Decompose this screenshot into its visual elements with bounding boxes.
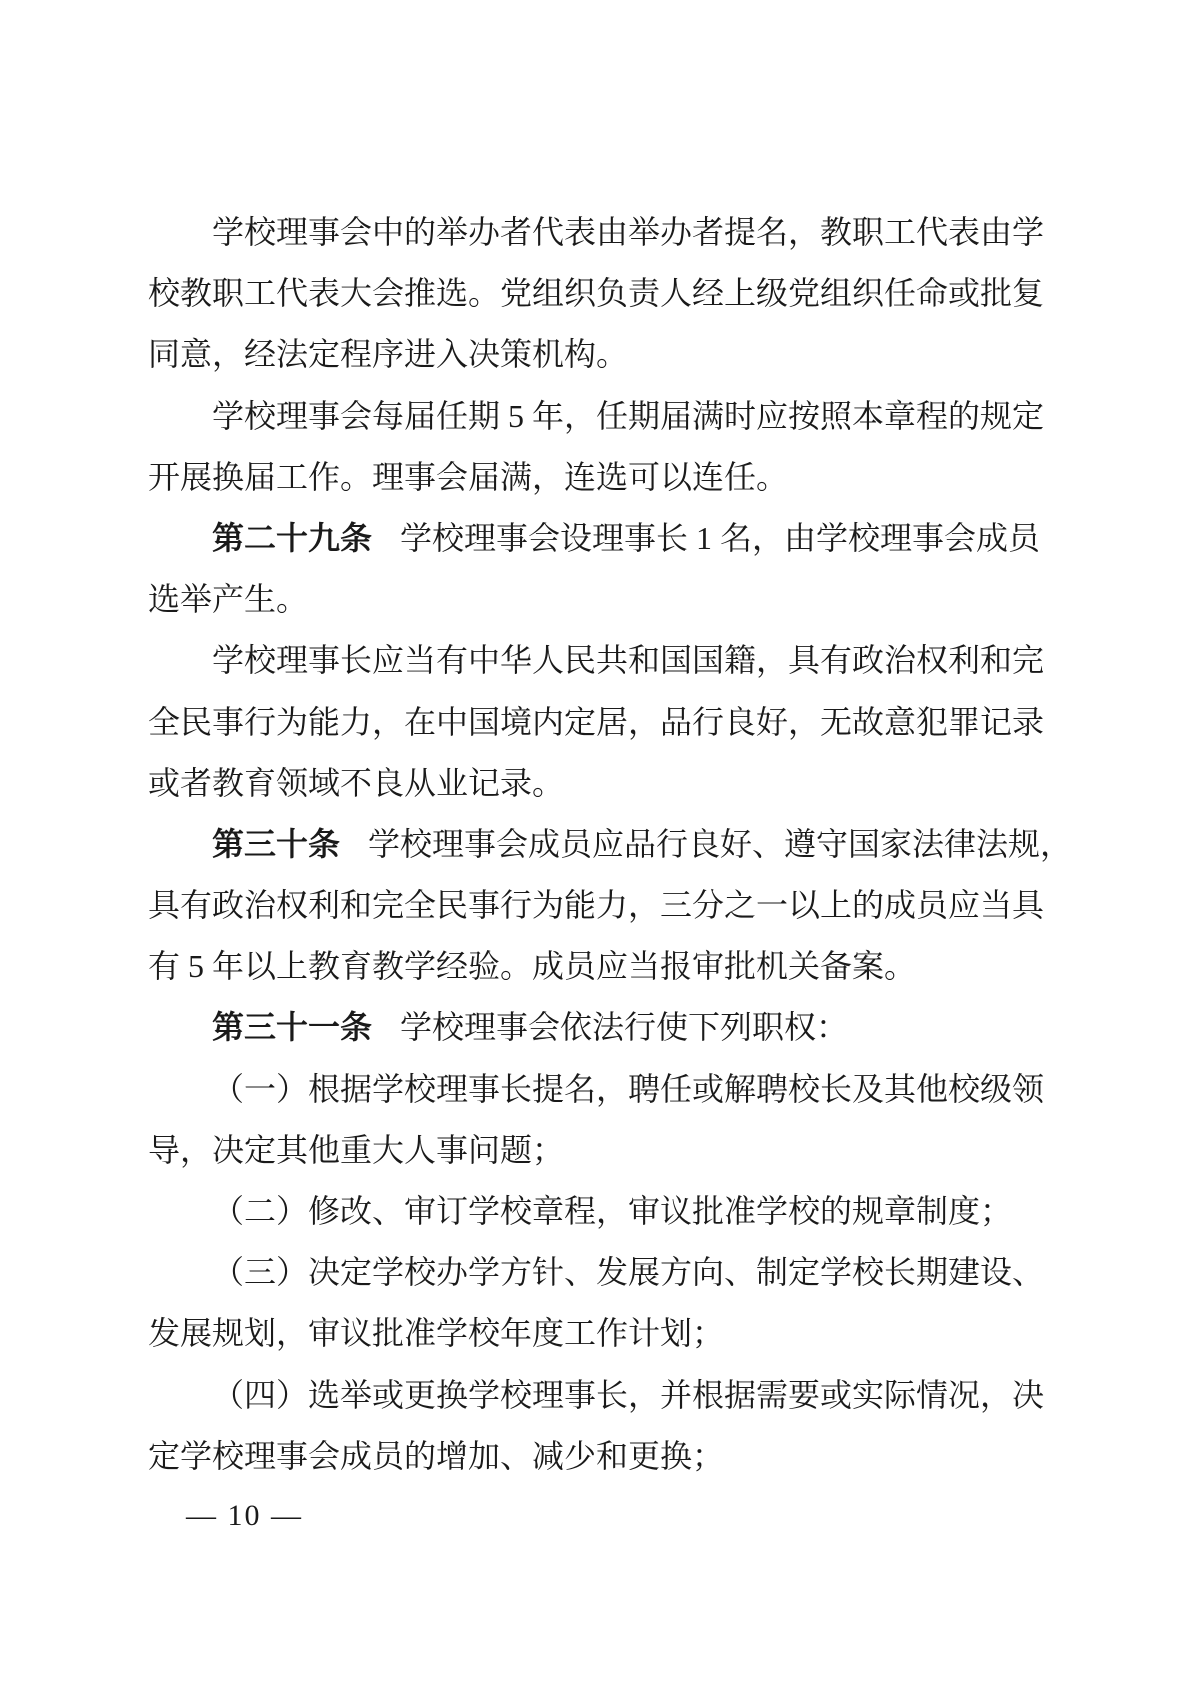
article-number-heading: 第二十九条 — [212, 520, 372, 556]
line-text: 学校理事会依法行使下列职权： — [400, 1009, 848, 1045]
line-text: 或者教育领域不良从业记录。 — [148, 765, 564, 801]
paragraph-chairman-requirements: 学校理事长应当有中华人民共和国国籍，具有政治权利和完全民事行为能力，在中国境内定… — [148, 630, 1045, 814]
text-line: 学校理事会中的举办者代表由举办者提名，教职工代表由学 — [148, 202, 1045, 263]
line-text: 同意，经法定程序进入决策机构。 — [148, 336, 628, 372]
text-line: 全民事行为能力，在中国境内定居，品行良好，无故意犯罪记录 — [148, 692, 1045, 753]
text-line: （二）修改、审订学校章程，审议批准学校的规章制度； — [148, 1181, 1045, 1242]
line-text: （二）修改、审订学校章程，审议批准学校的规章制度； — [212, 1193, 1012, 1229]
line-text: 学校理事长应当有中华人民共和国国籍，具有政治权利和完 — [212, 642, 1044, 678]
article-number-heading: 第三十条 — [212, 826, 340, 862]
text-line: 发展规划，审议批准学校年度工作计划； — [148, 1303, 1045, 1364]
line-text: 开展换届工作。理事会届满，连选可以连任。 — [148, 459, 788, 495]
line-text: 学校理事会中的举办者代表由举办者提名，教职工代表由学 — [212, 214, 1044, 250]
page-number: — 10 — — [186, 1496, 303, 1536]
article-31-item-1: （一）根据学校理事长提名，聘任或解聘校长及其他校级领导，决定其他重大人事问题； — [148, 1059, 1045, 1181]
line-text: 导，决定其他重大人事问题； — [148, 1132, 564, 1168]
text-line: 学校理事会每届任期 5 年，任期届满时应按照本章程的规定 — [148, 386, 1045, 447]
line-text: 发展规划，审议批准学校年度工作计划； — [148, 1315, 724, 1351]
paragraph-council-term: 学校理事会每届任期 5 年，任期届满时应按照本章程的规定开展换届工作。理事会届满… — [148, 386, 1045, 508]
article-31-item-2: （二）修改、审订学校章程，审议批准学校的规章制度； — [148, 1181, 1045, 1242]
line-text: 具有政治权利和完全民事行为能力，三分之一以上的成员应当具 — [148, 887, 1044, 923]
article-30: 第三十条学校理事会成员应品行良好、遵守国家法律法规，具有政治权利和完全民事行为能… — [148, 814, 1045, 998]
article-29: 第二十九条学校理事会设理事长 1 名，由学校理事会成员选举产生。 — [148, 508, 1045, 630]
text-line: 开展换届工作。理事会届满，连选可以连任。 — [148, 447, 1045, 508]
text-line: 或者教育领域不良从业记录。 — [148, 753, 1045, 814]
line-text: 有 5 年以上教育教学经验。成员应当报审批机关备案。 — [148, 948, 916, 984]
text-line: 有 5 年以上教育教学经验。成员应当报审批机关备案。 — [148, 936, 1045, 997]
text-line: （三）决定学校办学方针、发展方向、制定学校长期建设、 — [148, 1242, 1045, 1303]
text-line: 第三十一条学校理事会依法行使下列职权： — [148, 997, 1045, 1058]
line-text: 学校理事会设理事长 1 名，由学校理事会成员 — [400, 520, 1040, 556]
article-number-heading: 第三十一条 — [212, 1009, 372, 1045]
article-31-item-3: （三）决定学校办学方针、发展方向、制定学校长期建设、发展规划，审议批准学校年度工… — [148, 1242, 1045, 1364]
line-text: 学校理事会每届任期 5 年，任期届满时应按照本章程的规定 — [212, 398, 1044, 434]
line-text: （三）决定学校办学方针、发展方向、制定学校长期建设、 — [212, 1254, 1044, 1290]
document-body: 学校理事会中的举办者代表由举办者提名，教职工代表由学校教职工代表大会推选。党组织… — [148, 202, 1045, 1487]
article-31: 第三十一条学校理事会依法行使下列职权： — [148, 997, 1045, 1058]
text-line: 学校理事长应当有中华人民共和国国籍，具有政治权利和完 — [148, 630, 1045, 691]
text-line: 同意，经法定程序进入决策机构。 — [148, 324, 1045, 385]
text-line: 定学校理事会成员的增加、减少和更换； — [148, 1426, 1045, 1487]
text-line: 第三十条学校理事会成员应品行良好、遵守国家法律法规， — [148, 814, 1045, 875]
text-line: 具有政治权利和完全民事行为能力，三分之一以上的成员应当具 — [148, 875, 1045, 936]
line-text: 全民事行为能力，在中国境内定居，品行良好，无故意犯罪记录 — [148, 704, 1044, 740]
document-page: 学校理事会中的举办者代表由举办者提名，教职工代表由学校教职工代表大会推选。党组织… — [0, 0, 1191, 1684]
paragraph-council-representatives: 学校理事会中的举办者代表由举办者提名，教职工代表由学校教职工代表大会推选。党组织… — [148, 202, 1045, 386]
line-text: 选举产生。 — [148, 581, 308, 617]
text-line: 校教职工代表大会推选。党组织负责人经上级党组织任命或批复 — [148, 263, 1045, 324]
line-text: （一）根据学校理事长提名，聘任或解聘校长及其他校级领 — [212, 1071, 1044, 1107]
text-line: （一）根据学校理事长提名，聘任或解聘校长及其他校级领 — [148, 1059, 1045, 1120]
article-31-item-4: （四）选举或更换学校理事长，并根据需要或实际情况，决定学校理事会成员的增加、减少… — [148, 1365, 1045, 1487]
text-line: 选举产生。 — [148, 569, 1045, 630]
line-text: （四）选举或更换学校理事长，并根据需要或实际情况，决 — [212, 1377, 1044, 1413]
line-text: 学校理事会成员应品行良好、遵守国家法律法规， — [368, 826, 1072, 862]
line-text: 校教职工代表大会推选。党组织负责人经上级党组织任命或批复 — [148, 275, 1044, 311]
text-line: 导，决定其他重大人事问题； — [148, 1120, 1045, 1181]
text-line: 第二十九条学校理事会设理事长 1 名，由学校理事会成员 — [148, 508, 1045, 569]
line-text: 定学校理事会成员的增加、减少和更换； — [148, 1438, 724, 1474]
text-line: （四）选举或更换学校理事长，并根据需要或实际情况，决 — [148, 1365, 1045, 1426]
